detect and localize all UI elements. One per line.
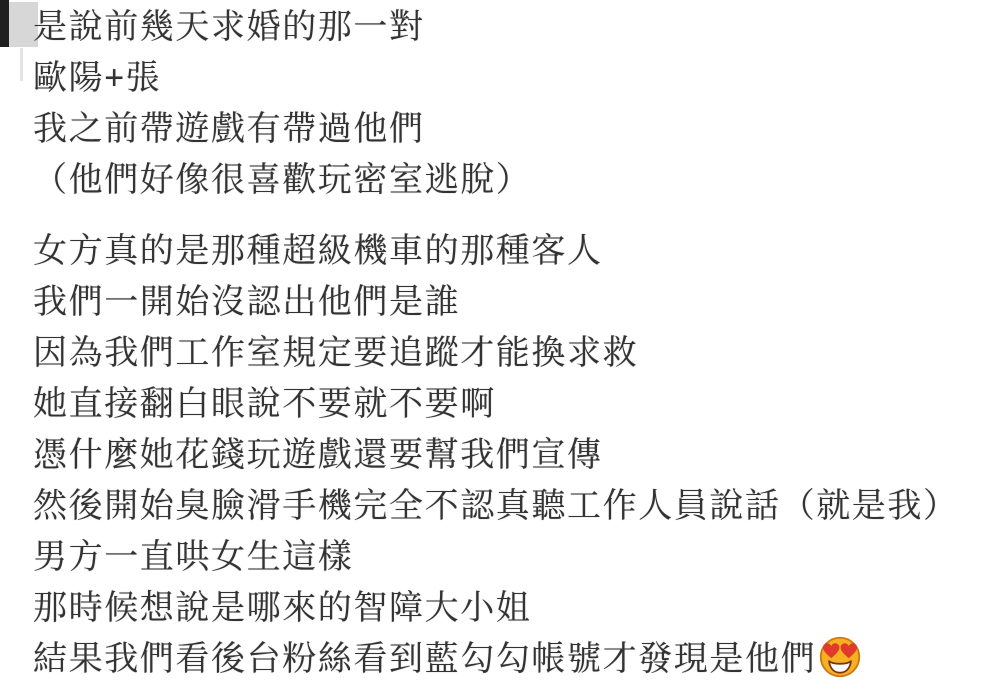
post-line: 那時候想說是哪來的智障大小姐 [33,583,959,634]
post-line: （他們好像很喜歡玩密室逃脫） [33,155,959,206]
post-line: 女方真的是那種超級機車的那種客人 [33,226,959,277]
post-line: 因為我們工作室規定要追蹤才能換求救 [33,328,959,379]
post-line: 結果我們看後台粉絲看到藍勾勾帳號才發現是他們 [33,634,959,685]
thread-line-fragment [20,48,23,81]
post-line: 然後開始臭臉滑手機完全不認真聽工作人員說話（就是我） [33,481,959,532]
post-line: 我們一開始沒認出他們是誰 [33,277,959,328]
post-content: 是說前幾天求婚的那一對 歐陽+張 我之前帶遊戲有帶過他們 （他們好像很喜歡玩密室… [33,2,959,685]
post-paragraph-1: 是說前幾天求婚的那一對 歐陽+張 我之前帶遊戲有帶過他們 （他們好像很喜歡玩密室… [33,2,959,206]
post-line: 憑什麼她花錢玩遊戲還要幫我們宣傳 [33,430,959,481]
post-line: 男方一直哄女生這樣 [33,532,959,583]
heart-eyes-emoji [819,636,861,678]
post-line: 歐陽+張 [33,53,959,104]
post-paragraph-2: 女方真的是那種超級機車的那種客人 我們一開始沒認出他們是誰 因為我們工作室規定要… [33,226,959,685]
post-line: 是說前幾天求婚的那一對 [33,2,959,53]
avatar-corner-fragment [0,0,9,47]
post-screenshot: 是說前幾天求婚的那一對 歐陽+張 我之前帶遊戲有帶過他們 （他們好像很喜歡玩密室… [0,0,981,690]
post-line: 我之前帶遊戲有帶過他們 [33,104,959,155]
post-line-text: 結果我們看後台粉絲看到藍勾勾帳號才發現是他們 [33,640,816,678]
post-line: 她直接翻白眼說不要就不要啊 [33,379,959,430]
